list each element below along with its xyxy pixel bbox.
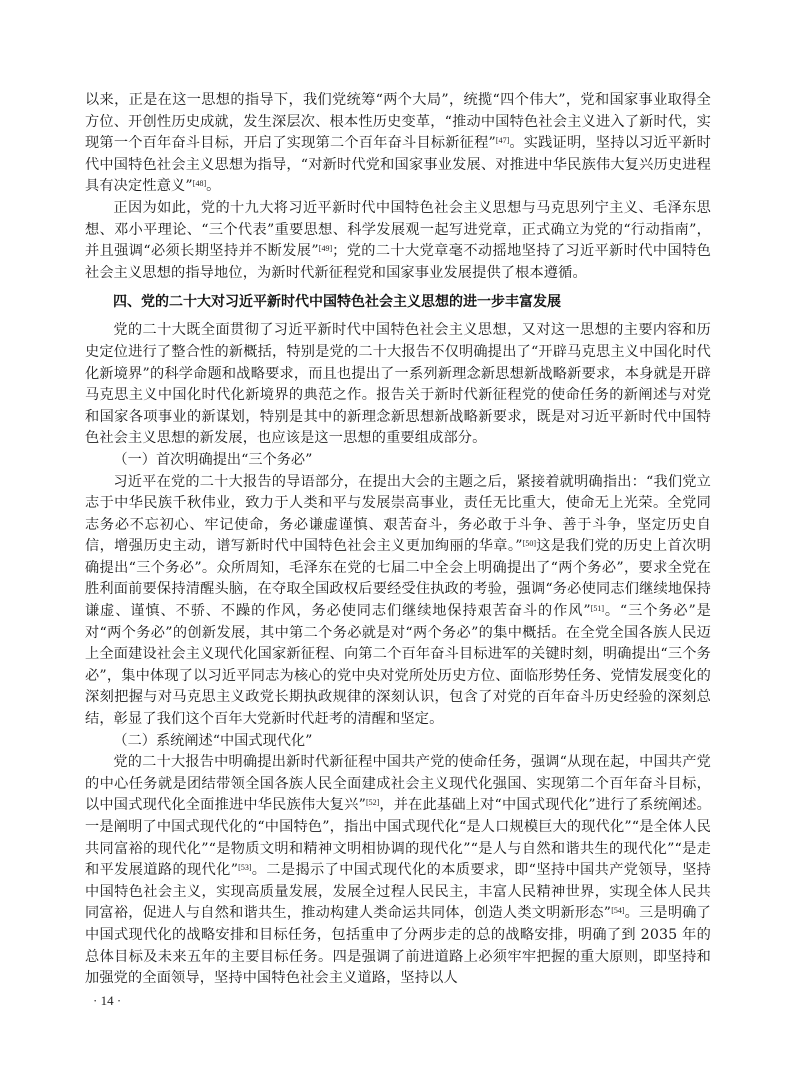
- paragraph-text: 。: [206, 178, 220, 194]
- document-page: 以来，正是在这一思想的指导下，我们党统筹“两个大局”，统揽“四个伟大”，党和国家…: [85, 90, 711, 990]
- page-number: · 14 ·: [93, 993, 121, 1009]
- section-heading: 四、党的二十大对习近平新时代中国特色社会主义思想的进一步丰富发展: [85, 291, 711, 313]
- continued-paragraph: 以来，正是在这一思想的指导下，我们党统筹“两个大局”，统揽“四个伟大”，党和国家…: [85, 90, 711, 198]
- citation-reference[interactable]: [52]: [366, 798, 379, 807]
- body-paragraph: 正因为如此，党的十九大将习近平新时代中国特色社会主义思想与马克思列宁主义、毛泽东…: [85, 198, 711, 284]
- citation-reference[interactable]: [53]: [238, 863, 251, 872]
- citation-reference[interactable]: [51]: [591, 604, 604, 613]
- citation-reference[interactable]: [48]: [193, 179, 206, 188]
- paragraph-text: 党的二十大既全面贯彻了习近平新时代中国特色社会主义思想，又对这一思想的主要内容和…: [85, 322, 711, 446]
- sub-heading: （一）首次明确提出“三个务必”: [85, 450, 711, 472]
- sub-heading: （二）系统阐述“中国式现代化”: [85, 731, 711, 753]
- body-paragraph: 习近平在党的二十大报告的导语部分，在提出大会的主题之后，紧接着就明确指出：“我们…: [85, 472, 711, 731]
- paragraph-text: 。“三个务必”是对“两个务必”的创新发展，其中第二个务必就是对“两个务必”的集中…: [85, 603, 711, 727]
- citation-reference[interactable]: [47]: [496, 136, 509, 145]
- citation-reference[interactable]: [54]: [611, 906, 624, 915]
- body-paragraph: 党的二十大既全面贯彻了习近平新时代中国特色社会主义思想，又对这一思想的主要内容和…: [85, 320, 711, 450]
- citation-reference[interactable]: [50]: [523, 539, 536, 548]
- body-paragraph: 党的二十大报告中明确提出新时代新征程中国共产党的使命任务，强调“从现在起，中国共…: [85, 752, 711, 990]
- citation-reference[interactable]: [49]: [319, 244, 332, 253]
